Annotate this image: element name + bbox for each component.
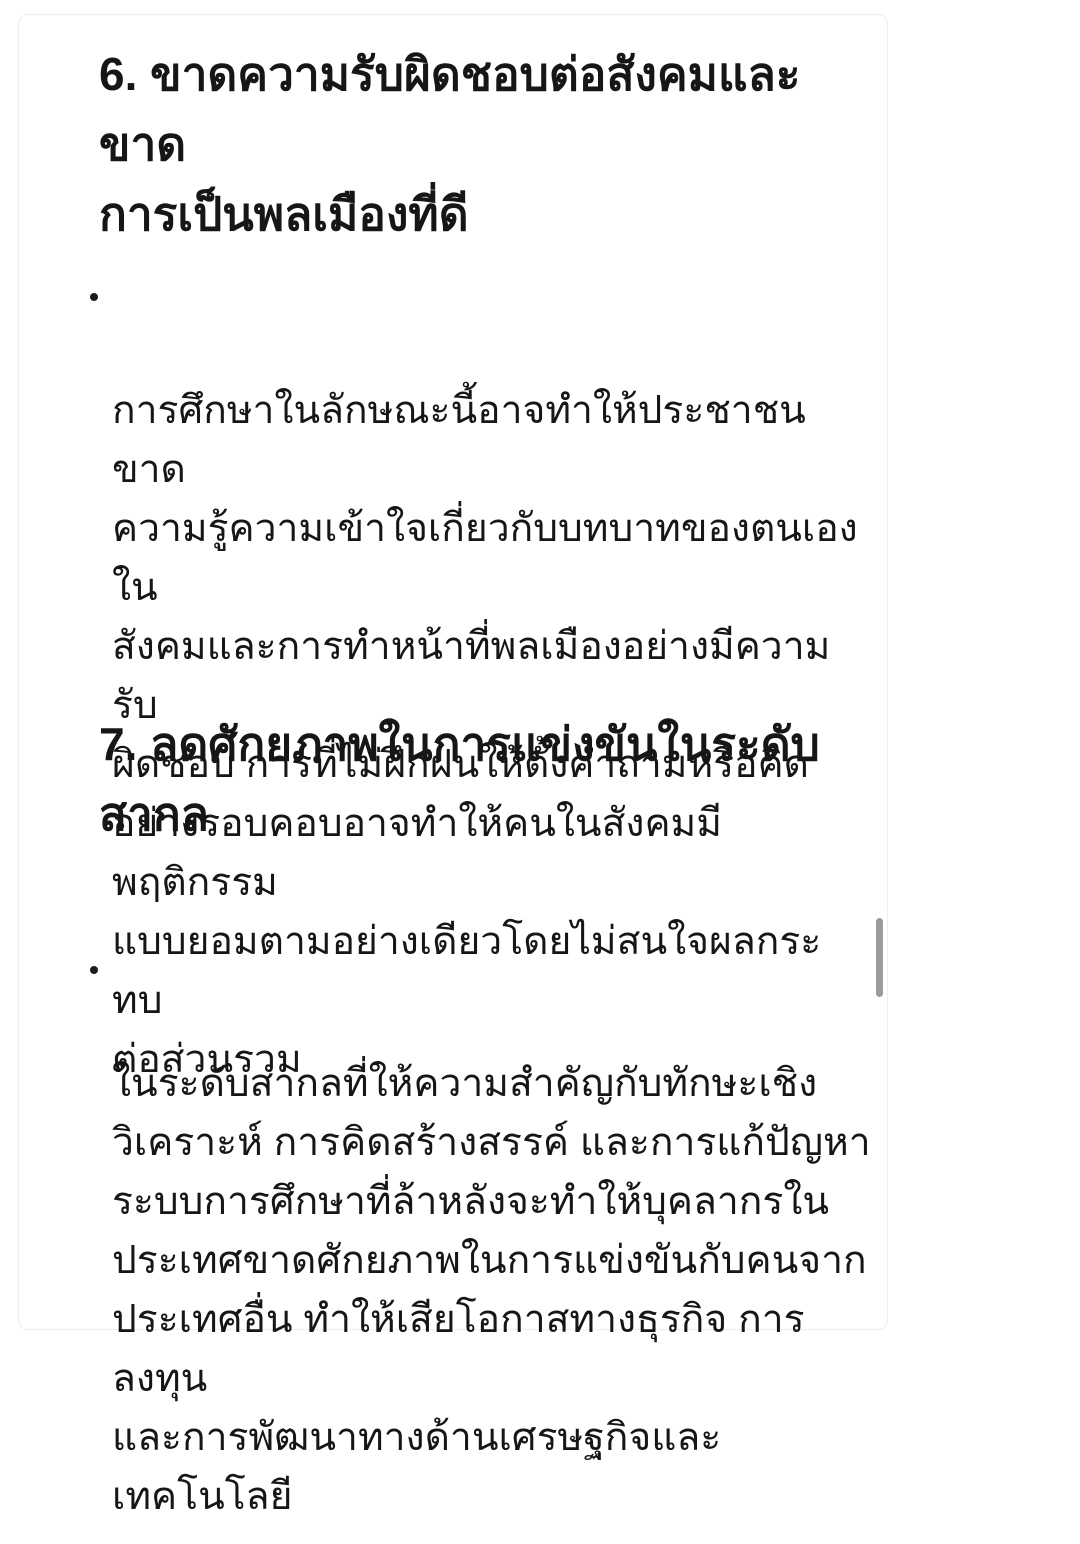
list-item: ในระดับสากลที่ให้ความสำคัญกับทักษะเชิง ว…: [112, 936, 872, 1349]
section-7-bullet-list: ในระดับสากลที่ให้ความสำคัญกับทักษะเชิง ว…: [112, 918, 872, 1349]
section-7-heading: 7. ลดศักยภาพในการแข่งขันในระดับ สากล: [99, 709, 859, 849]
bullet-dot-icon: [90, 293, 98, 301]
scrollbar-thumb[interactable]: [876, 918, 883, 997]
section-6-heading: 6. ขาดความรับผิดชอบต่อสังคมและขาด การเป็…: [99, 39, 859, 249]
bullet-text: ในระดับสากลที่ให้ความสำคัญกับทักษะเชิง ว…: [112, 1062, 871, 1349]
content-panel: 6. ขาดความรับผิดชอบต่อสังคมและขาด การเป็…: [18, 14, 888, 1330]
bullet-dot-icon: [90, 966, 98, 974]
screen: { "panel": { "background": "#ffffff", "b…: [0, 0, 1080, 1349]
